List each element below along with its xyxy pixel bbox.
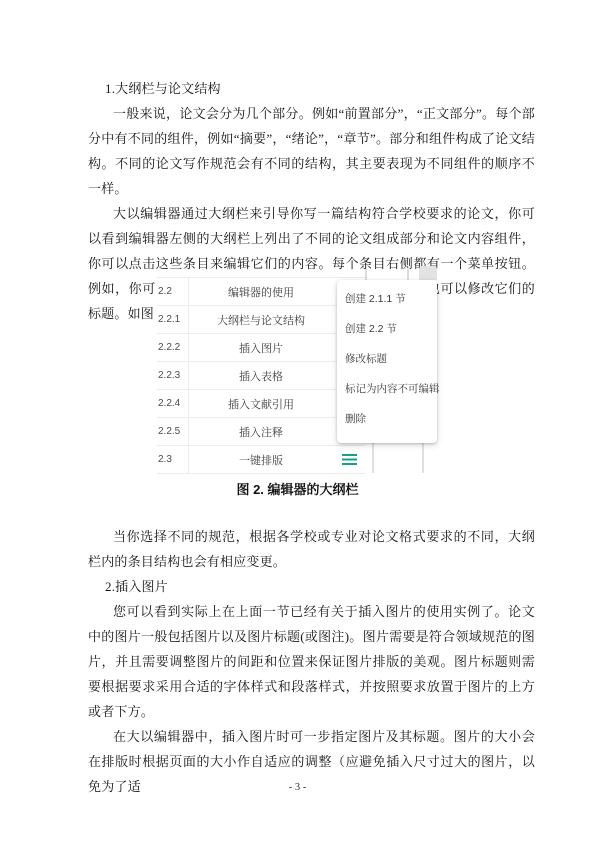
section-2-heading: 2.插入图片 xyxy=(88,574,535,599)
outline-row-title: 插入文献引用 xyxy=(188,390,333,417)
ui-fragment-line xyxy=(365,269,367,280)
ui-fragment-line xyxy=(407,269,409,280)
outline-row: 2.2.2 插入图片 xyxy=(157,334,365,362)
menu-item-create-2-1-1: 创建 2.1.1 节 xyxy=(337,284,437,314)
paragraph: 当你选择不同的规范，根据各学校或专业对论文格式要求的不同，大纲栏内的条目结构也会… xyxy=(88,524,535,574)
outline-row: 2.2.3 插入表格 xyxy=(157,362,365,390)
menu-item-delete: 删除 xyxy=(337,404,437,434)
outline-row: 2.2.1 大纲栏与论文结构 xyxy=(157,306,365,334)
outline-row-number: 2.3 xyxy=(157,446,188,473)
document-page: 1.大纲栏与论文结构 一般来说，论文会分为几个部分。例如“前置部分”，“正文部分… xyxy=(0,0,595,842)
menu-item-rename: 修改标题 xyxy=(337,344,437,374)
outline-row-title: 一键排版 xyxy=(188,446,333,473)
outline-row: 2.2 编辑器的使用 xyxy=(157,278,365,306)
format-list-icon xyxy=(342,454,357,465)
outline-row-title: 插入图片 xyxy=(188,334,333,361)
page-number: - 3 - xyxy=(0,782,595,793)
outline-row-number: 2.2.1 xyxy=(157,306,188,333)
text-block-bottom: 当你选择不同的规范，根据各学校或专业对论文格式要求的不同，大纲栏内的条目结构也会… xyxy=(88,524,535,799)
outline-row-number: 2.2.4 xyxy=(157,390,188,417)
outline-row-title: 编辑器的使用 xyxy=(188,278,333,305)
outline-row: 2.3 一键排版 xyxy=(157,446,365,474)
paragraph: 一般来说，论文会分为几个部分。例如“前置部分”，“正文部分”。每个部分中有不同的… xyxy=(88,101,535,201)
outline-row-number: 2.2.5 xyxy=(157,418,188,445)
outline-row-title: 插入表格 xyxy=(188,362,333,389)
ui-fragment-block xyxy=(419,266,437,280)
outline-row-title: 大纲栏与论文结构 xyxy=(188,306,333,333)
outline-row-menu-slot xyxy=(333,446,365,473)
ui-fragment-line xyxy=(372,443,374,473)
outline-row-number: 2.2 xyxy=(157,278,188,305)
menu-item-create-2-2: 创建 2.2 节 xyxy=(337,314,437,344)
section-1-heading: 1.大纲栏与论文结构 xyxy=(88,76,535,101)
figure-caption: 图 2. 编辑器的大纲栏 xyxy=(0,479,595,498)
outline-row: 2.2.4 插入文献引用 xyxy=(157,390,365,418)
ui-fragment-line xyxy=(422,443,424,473)
outline-row-number: 2.2.2 xyxy=(157,334,188,361)
outline-panel: 2.2 编辑器的使用 2.2.1 大纲栏与论文结构 2.2.2 插入图片 2.2… xyxy=(157,277,365,474)
outline-row-title: 插入注释 xyxy=(188,418,333,445)
menu-item-mark-uneditable: 标记为内容不可编辑 xyxy=(337,374,437,404)
context-menu: 创建 2.1.1 节 创建 2.2 节 修改标题 标记为内容不可编辑 删除 xyxy=(337,280,437,443)
paragraph: 您可以看到实际上在上面一节已经有关于插入图片的使用实例了。论文中的图片一般包括图… xyxy=(88,599,535,724)
outline-row: 2.2.5 插入注释 xyxy=(157,418,365,446)
outline-row-number: 2.2.3 xyxy=(157,362,188,389)
